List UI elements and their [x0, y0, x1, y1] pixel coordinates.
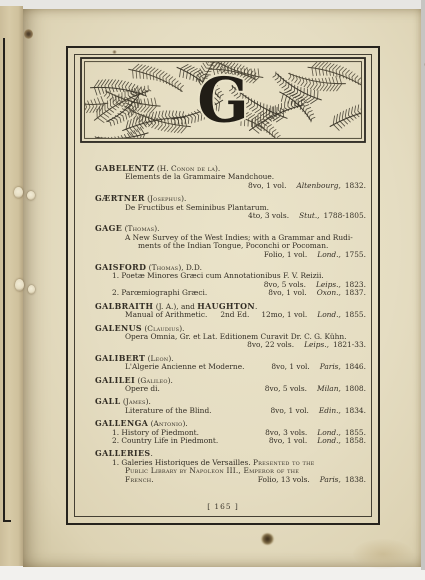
scan-background-bottom [0, 565, 425, 580]
book-page: G GABELENTZ (H. Conon de la).Elements de… [23, 9, 421, 567]
imprint: 8vo, 1 vol.Oxon.,1837. [268, 289, 366, 297]
text-segment: . [255, 302, 257, 311]
sewing-hole [15, 279, 24, 291]
page-frame: G GABELENTZ (H. Conon de la).Elements de… [66, 46, 380, 525]
sewing-hole [14, 187, 23, 198]
catalog-entry: GÆRTNER (Josephus).De Fructibus et Semin… [95, 195, 366, 220]
entry-line: 8vo, 1 vol.Altenbourg,1832. [95, 182, 366, 190]
text-segment: 2nd Ed. [220, 310, 249, 319]
text-segment: 1832. [345, 181, 366, 190]
text-segment: Paris, [320, 475, 341, 484]
text-segment: 8vo, 22 vols. [247, 340, 294, 349]
entry-line: 4to, 3 vols.Stut.,1788-1805. [95, 212, 366, 220]
text-segment: French. [125, 475, 154, 484]
imprint: 8vo, 5 vols.Milan,1808. [265, 385, 366, 393]
text-segment: 1858. [345, 436, 366, 445]
catalog-entry: GAISFORD (Thomas), D.D.1. Poetæ Minores … [95, 264, 366, 298]
catalog-entry: GALILEI (Galileo).Opere di.8vo, 5 vols.M… [95, 377, 366, 394]
fern-engraving: G [80, 57, 366, 143]
imprint: 12mo, 1 vol.Lond.,1855. [261, 311, 366, 319]
catalog-entries: GABELENTZ (H. Conon de la).Elements de l… [95, 165, 366, 494]
foxing-blot [261, 533, 274, 545]
text-segment: Edin., [319, 406, 341, 415]
imprint: 8vo, 1 vol.Paris,1846. [271, 363, 366, 371]
catalog-entry: GALENUS (Claudius).Opera Omnia, Gr. et L… [95, 325, 366, 350]
text-segment: 1846. [345, 362, 366, 371]
text-segment: 8vo, 5 vols. [265, 384, 307, 393]
foxing-spot [112, 50, 117, 54]
text-segment: Oxon., [317, 288, 341, 297]
underlying-page-rule [3, 38, 5, 520]
imprint: 8vo, 22 vols.Leips.,1821-33. [247, 341, 366, 349]
entry-line: Literature of the Blind.8vo, 1 vol.Edin.… [95, 407, 366, 415]
page-number: [ 165 ] [75, 502, 371, 511]
catalog-entry: GABELENTZ (H. Conon de la).Elements de l… [95, 165, 366, 190]
text-segment: 1838. [345, 475, 366, 484]
text-segment: 8vo, 1 vol. [268, 288, 306, 297]
imprint: 4to, 3 vols.Stut.,1788-1805. [248, 212, 366, 220]
text-segment: Opere di. [125, 384, 160, 393]
text-segment: Stut., [299, 211, 319, 220]
ink-stain [24, 29, 33, 39]
text-segment: 2. Parœmiographi Græci. [112, 288, 207, 297]
entry-line: Opere di.8vo, 5 vols.Milan,1808. [95, 385, 366, 393]
text-segment: 8vo, 1 vol. [269, 436, 307, 445]
text-segment: L'Algerie Ancienne et Moderne. [125, 362, 244, 371]
catalog-entry: GALBRAITH (J. A.), and HAUGHTON.Manual o… [95, 303, 366, 320]
catalog-entry: GALLERIES.1. Galeries Historiques de Ver… [95, 450, 366, 484]
scanned-book-photo: G GABELENTZ (H. Conon de la).Elements de… [0, 0, 425, 580]
corner-stain [353, 539, 413, 569]
text-segment: 1834. [345, 406, 366, 415]
text-segment: 1808. [345, 384, 366, 393]
fern-ornament-headpiece: G [80, 57, 366, 143]
catalog-entry: GALLENGA (Antonio).1. History of Piedmon… [95, 420, 366, 445]
text-segment: 1788-1805. [324, 211, 366, 220]
sewing-hole [28, 285, 35, 294]
entry-line: 2. Country Life in Piedmont.8vo, 1 vol.L… [95, 437, 366, 445]
text-segment: 8vo, 1 vol. [271, 362, 309, 371]
sewing-hole [27, 191, 35, 200]
text-segment: 1837. [345, 288, 366, 297]
text-segment: 12mo, 1 vol. [261, 310, 307, 319]
text-segment: Lond., [317, 250, 341, 259]
ornamental-initial: G [197, 65, 249, 137]
imprint: Folio, 1 vol.Lond.,1755. [264, 251, 366, 259]
catalog-entry: GAGE (Thomas).A New Survey of the West I… [95, 225, 366, 259]
text-segment: Lond., [317, 436, 341, 445]
text-segment: 2. Country Life in Piedmont. [112, 436, 218, 445]
entry-line: Manual of Arithmetic.2nd Ed.12mo, 1 vol.… [95, 311, 366, 319]
page-edge-shadow [421, 0, 425, 570]
text-segment: Folio, 13 vols. [258, 475, 310, 484]
imprint: Folio, 13 vols.Paris,1838. [258, 476, 366, 484]
entry-line: French.Folio, 13 vols.Paris,1838. [95, 476, 366, 484]
text-segment: 1755. [345, 250, 366, 259]
text-segment: Folio, 1 vol. [264, 250, 307, 259]
text-segment: 8vo, 1 vol. [248, 181, 286, 190]
entry-line: 8vo, 22 vols.Leips.,1821-33. [95, 341, 366, 349]
text-segment: ). [168, 376, 173, 385]
imprint: 8vo, 1 vol.Lond.,1858. [269, 437, 366, 445]
underlying-page-rule-corner [3, 520, 11, 522]
catalog-entry: GALIBERT (Leon).L'Algerie Ancienne et Mo… [95, 355, 366, 372]
text-segment: 1821-33. [333, 340, 366, 349]
text-segment: 4to, 3 vols. [248, 211, 289, 220]
imprint: 8vo, 1 vol.Edin.,1834. [270, 407, 366, 415]
text-segment: Milan, [317, 384, 341, 393]
text-segment: 8vo, 1 vol. [270, 406, 308, 415]
entry-line: 2. Parœmiographi Græci.8vo, 1 vol.Oxon.,… [95, 289, 366, 297]
entry-line: L'Algerie Ancienne et Moderne.8vo, 1 vol… [95, 363, 366, 371]
text-segment: Leips., [304, 340, 329, 349]
text-segment: Lond., [317, 310, 341, 319]
catalog-entry: GALL (James).Literature of the Blind.8vo… [95, 398, 366, 415]
text-segment: Literature of the Blind. [125, 406, 212, 415]
text-segment: Paris, [320, 362, 341, 371]
text-segment: GALL [95, 397, 121, 406]
text-segment: GAGE [95, 224, 122, 233]
text-segment: Manual of Arithmetic. [125, 310, 207, 319]
text-segment: 1855. [345, 310, 366, 319]
text-segment: Altenbourg, [296, 181, 340, 190]
entry-line: Folio, 1 vol.Lond.,1755. [95, 251, 366, 259]
imprint: 8vo, 1 vol.Altenbourg,1832. [248, 182, 366, 190]
page-frame-inner-rule: G GABELENTZ (H. Conon de la).Elements de… [74, 54, 372, 517]
